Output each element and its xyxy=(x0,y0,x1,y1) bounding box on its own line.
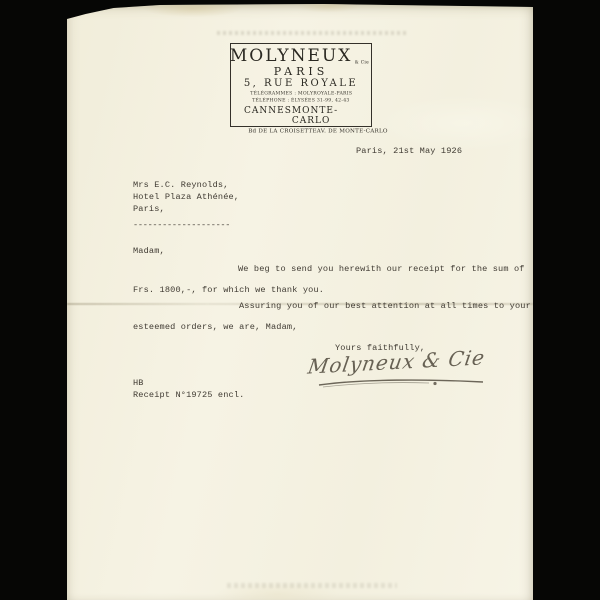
salutation: Madam, xyxy=(133,245,165,257)
letter-paper: MOLYNEUX& Cie PARIS 5, RUE ROYALE TÉLÉGR… xyxy=(67,4,533,600)
letterhead-branch-addresses: Bd DE LA CROISETTE AV. DE MONTE-CARLO xyxy=(245,128,357,135)
recipient-block: Mrs E.C. Reynolds, Hotel Plaza Athénée, … xyxy=(133,179,239,231)
letterhead: MOLYNEUX& Cie PARIS 5, RUE ROYALE TÉLÉGR… xyxy=(230,43,372,127)
ink-offset-artifact-bottom xyxy=(227,583,397,588)
body-line-2: Frs. 1800,-, for which we thank you. xyxy=(133,284,324,296)
enclosure-note: Receipt N°19725 encl. xyxy=(133,389,244,401)
branch-monte-carlo: MONTE-CARLO xyxy=(292,106,358,128)
recipient-name: Mrs E.C. Reynolds, xyxy=(133,179,239,191)
letterhead-telegrams: TÉLÉGRAMMES : MOLYROYALE-PARIS xyxy=(250,91,352,96)
signature-underline-flourish xyxy=(317,376,487,388)
branch-monte-carlo-address: AV. DE MONTE-CARLO xyxy=(317,128,388,135)
letterhead-street: 5, RUE ROYALE xyxy=(244,78,358,90)
branch-cannes: CANNES xyxy=(244,106,292,128)
letterhead-city: PARIS xyxy=(274,66,329,79)
date-line: Paris, 21st May 1926 xyxy=(356,145,462,157)
recipient-hotel: Hotel Plaza Athénée, xyxy=(133,191,239,203)
branch-cannes-address: Bd DE LA CROISETTE xyxy=(248,128,317,135)
brand-row: MOLYNEUX& Cie xyxy=(230,48,372,66)
typist-initials: HB xyxy=(133,377,144,389)
body-line-4: esteemed orders, we are, Madam, xyxy=(133,321,298,333)
body-line-3: Assuring you of our best attention at al… xyxy=(239,300,531,312)
body-line-1: We beg to send you herewith our receipt … xyxy=(238,263,525,275)
brand-name: MOLYNEUX xyxy=(230,46,352,66)
letterhead-telephone: TÉLÉPHONE : ÉLYSÉES 31-99, 42-43 xyxy=(252,97,349,102)
recipient-city: Paris, xyxy=(133,203,239,215)
brand-suffix: & Cie xyxy=(355,61,369,66)
recipient-underline: -------------------- xyxy=(133,219,239,231)
ink-offset-artifact-top xyxy=(217,31,407,35)
letterhead-branches: CANNES MONTE-CARLO xyxy=(231,106,371,128)
